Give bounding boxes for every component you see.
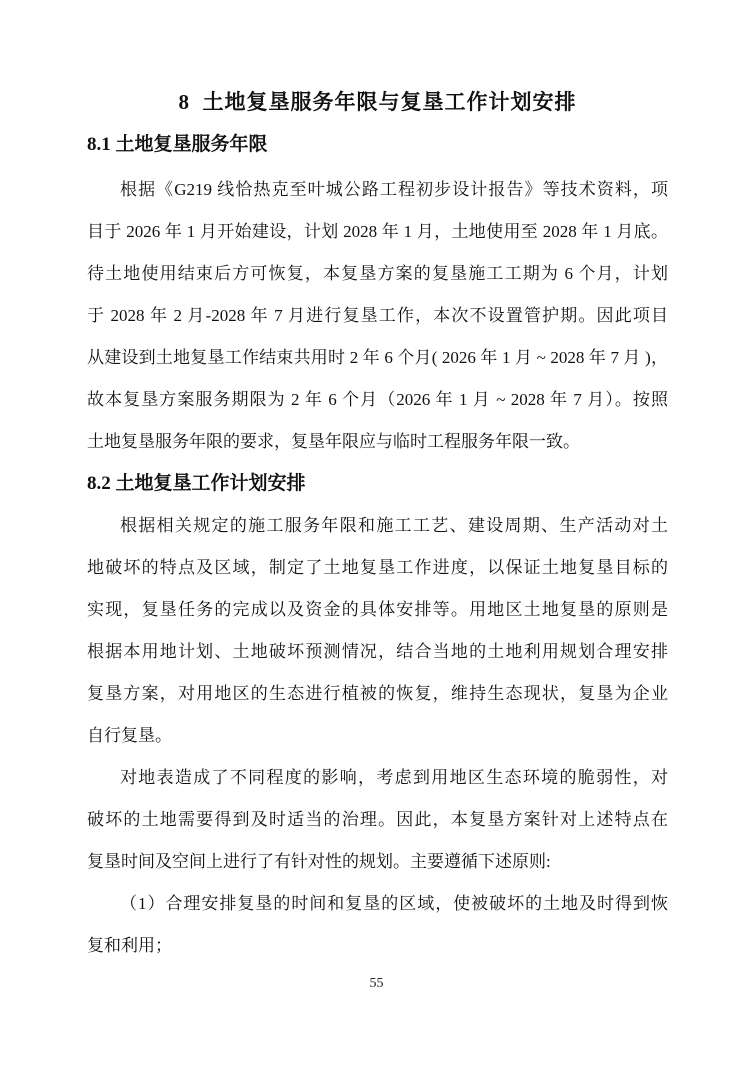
section-heading-8-1: 8.1 土地复垦服务年限 <box>87 124 668 166</box>
text-line: 复和利用； <box>87 925 668 967</box>
paragraph: 对地表造成了不同程度的影响，考虑到用地区生态环境的脆弱性，对 破坏的土地需要得到… <box>87 757 668 883</box>
text-line: 根据《G219 线恰热克至叶城公路工程初步设计报告》等技术资料，项 <box>87 169 668 211</box>
document-page: 8 土地复垦服务年限与复垦工作计划安排 8.1 土地复垦服务年限 根据《G219… <box>0 0 753 1066</box>
text-line: 故本复垦方案服务期限为 2 年 6 个月（2026 年 1 月 ~ 2028 年… <box>87 379 668 421</box>
text-line: 破坏的土地需要得到及时适当的治理。因此，本复垦方案针对上述特点在 <box>87 799 668 841</box>
text-line: 待土地使用结束后方可恢复，本复垦方案的复垦施工工期为 6 个月，计划 <box>87 253 668 295</box>
text-line: 根据本用地计划、土地破坏预测情况，结合当地的土地利用规划合理安排 <box>87 631 668 673</box>
chapter-title: 8 土地复垦服务年限与复垦工作计划安排 <box>87 80 668 124</box>
text-line: 自行复垦。 <box>87 715 668 757</box>
page-number: 55 <box>0 976 753 992</box>
paragraph: 根据相关规定的施工服务年限和施工工艺、建设周期、生产活动对土 地破坏的特点及区域… <box>87 505 668 757</box>
text-line: 从建设到土地复垦工作结束共用时 2 年 6 个月( 2026 年 1 月 ~ 2… <box>87 337 668 379</box>
text-line: 根据相关规定的施工服务年限和施工工艺、建设周期、生产活动对土 <box>87 505 668 547</box>
text-line: 地破坏的特点及区域，制定了土地复垦工作进度，以保证土地复垦目标的 <box>87 547 668 589</box>
text-line: 对地表造成了不同程度的影响，考虑到用地区生态环境的脆弱性，对 <box>87 757 668 799</box>
section-heading-8-2: 8.2 土地复垦工作计划安排 <box>87 463 668 505</box>
text-line: 土地复垦服务年限的要求，复垦年限应与临时工程服务年限一致。 <box>87 421 668 463</box>
paragraph: 根据《G219 线恰热克至叶城公路工程初步设计报告》等技术资料，项 目于 202… <box>87 169 668 463</box>
text-line: 于 2028 年 2 月-2028 年 7 月进行复垦工作，本次不设置管护期。因… <box>87 295 668 337</box>
paragraph: （1）合理安排复垦的时间和复垦的区域，使被破坏的土地及时得到恢 复和利用； <box>87 883 668 967</box>
text-line: 目于 2026 年 1 月开始建设，计划 2028 年 1 月，土地使用至 20… <box>87 211 668 253</box>
page-content: 8 土地复垦服务年限与复垦工作计划安排 8.1 土地复垦服务年限 根据《G219… <box>87 0 668 967</box>
text-line: 复垦时间及空间上进行了有针对性的规划。主要遵循下述原则: <box>87 841 668 883</box>
text-line: 实现，复垦任务的完成以及资金的具体安排等。用地区土地复垦的原则是 <box>87 589 668 631</box>
text-line: 复垦方案，对用地区的生态进行植被的恢复，维持生态现状，复垦为企业 <box>87 673 668 715</box>
text-line: （1）合理安排复垦的时间和复垦的区域，使被破坏的土地及时得到恢 <box>87 883 668 925</box>
